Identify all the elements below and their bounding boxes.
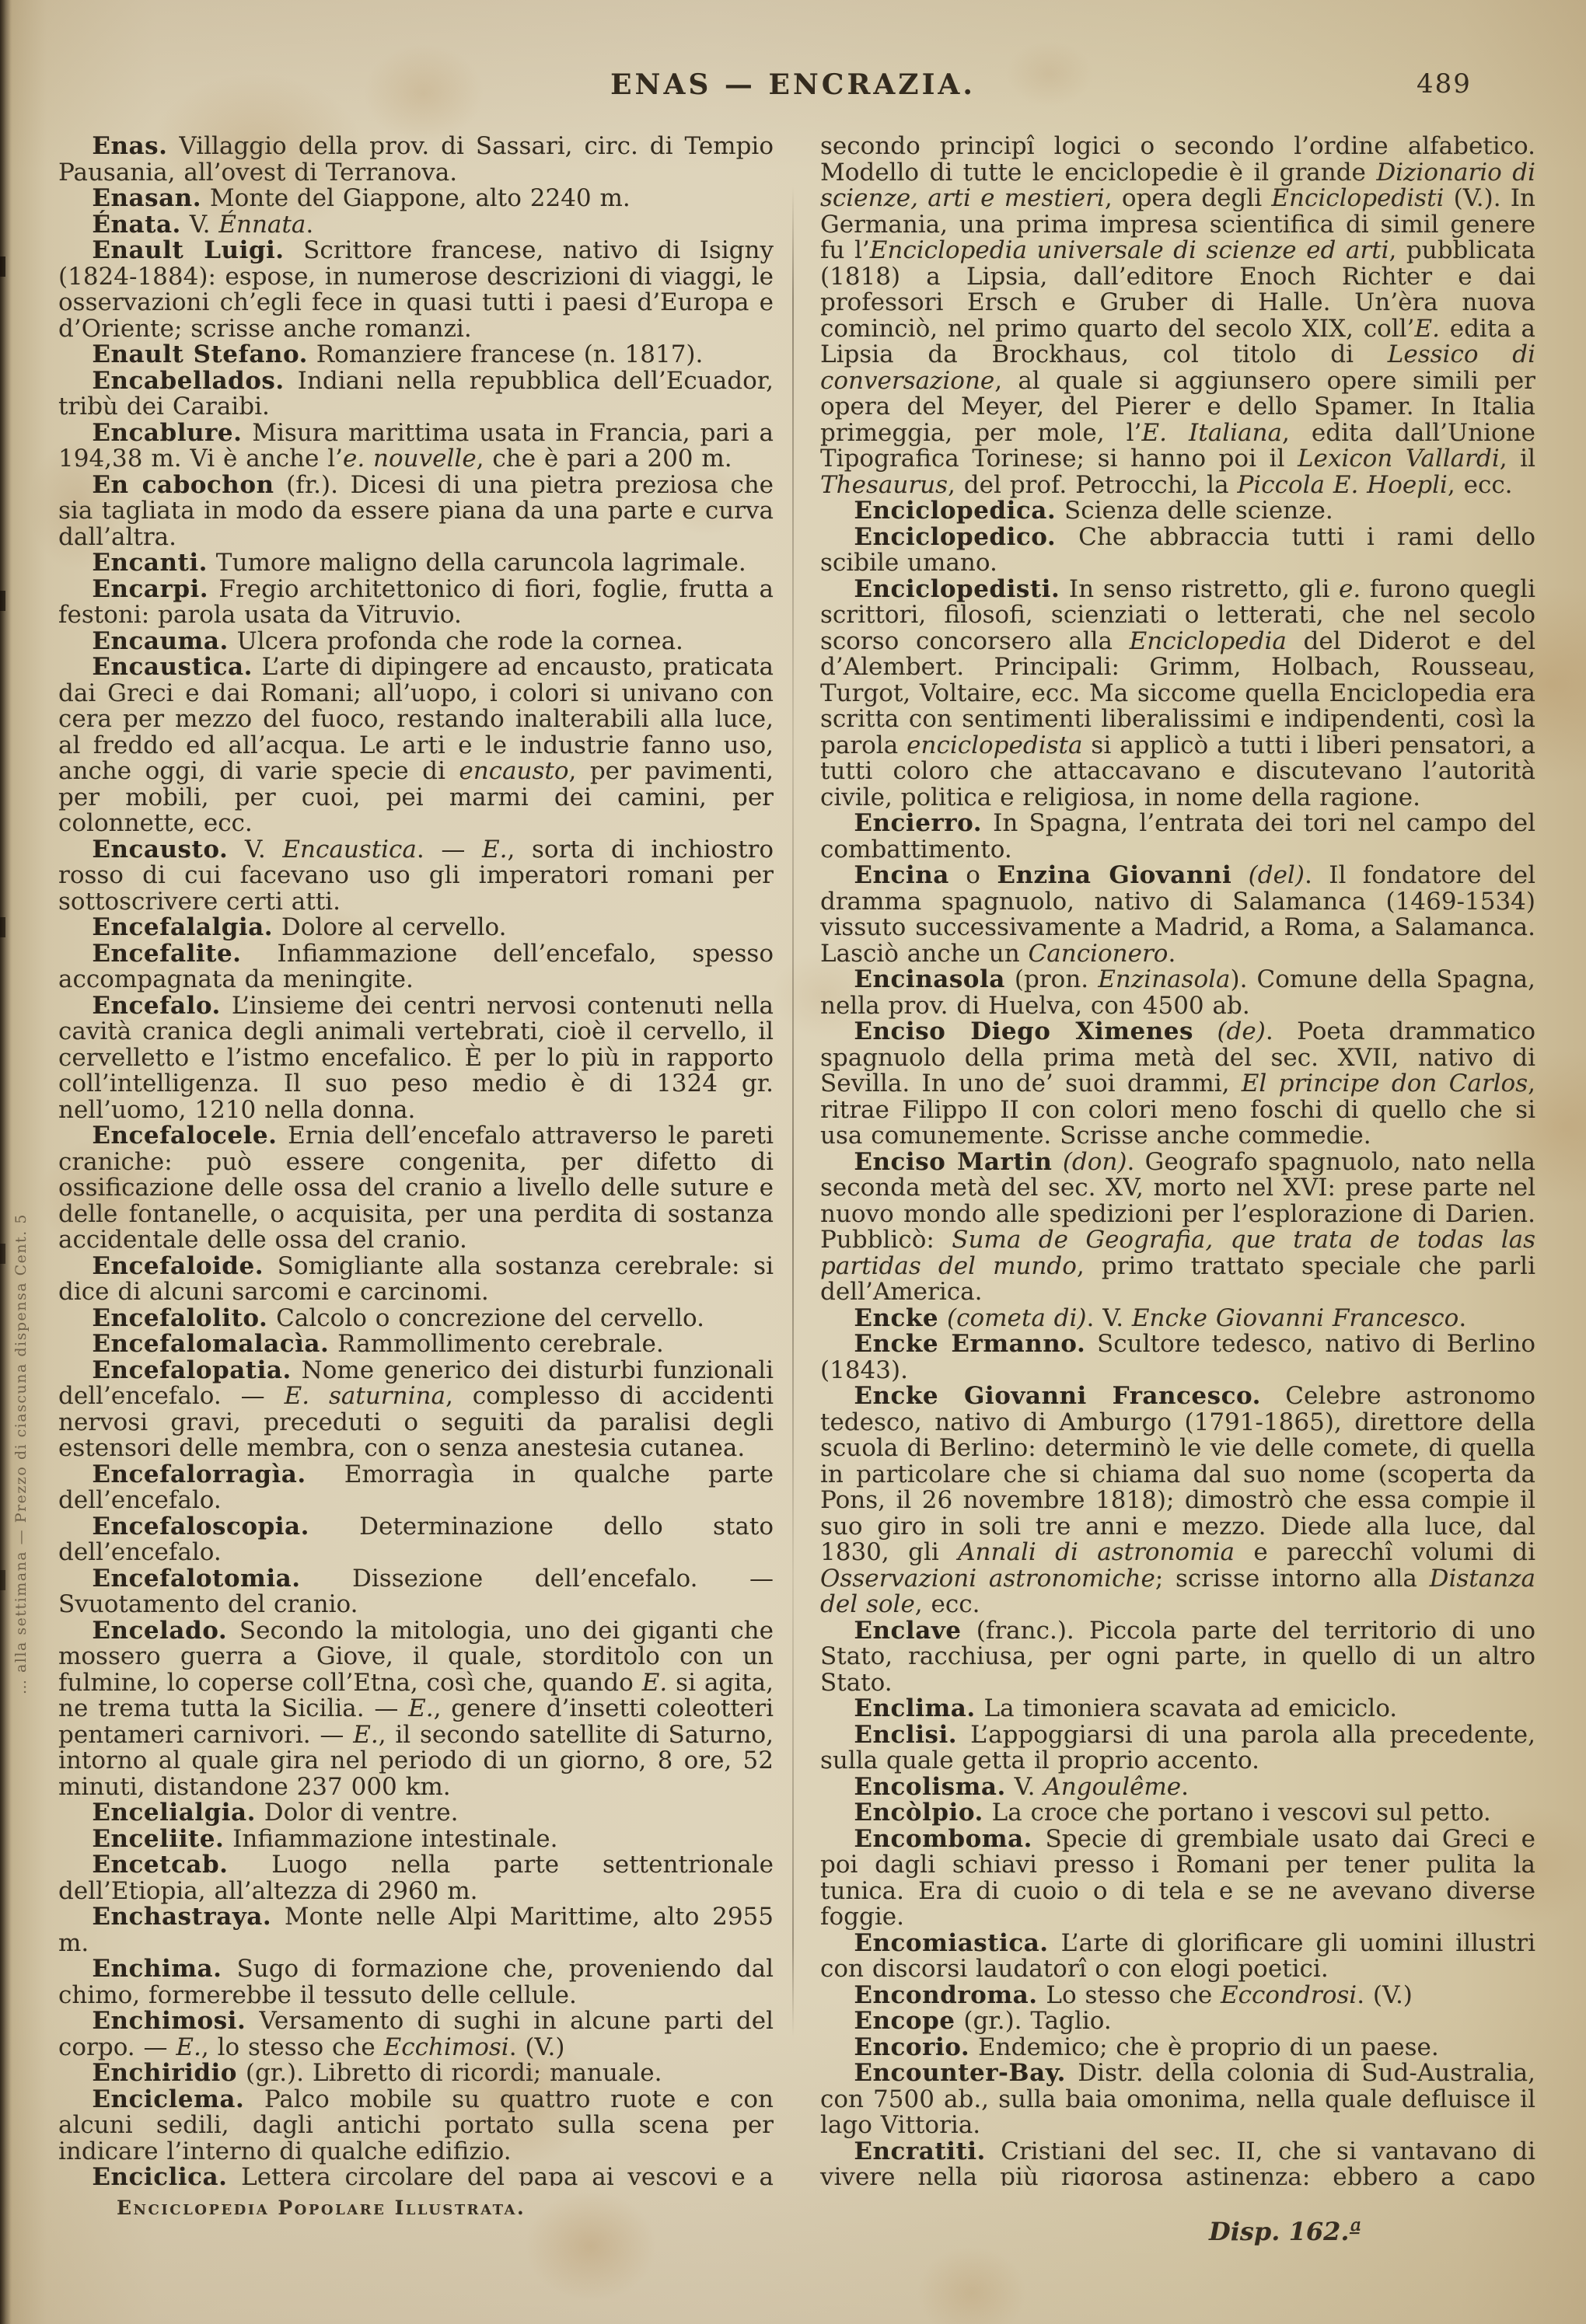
footer-imprint: Enciclopedia Popolare Illustrata. bbox=[117, 2197, 526, 2219]
dictionary-entry: Enault Stefano. Romanziere francese (n. … bbox=[58, 342, 774, 368]
binding-shadow bbox=[0, 0, 11, 2324]
entry-italic: E. bbox=[408, 1694, 433, 1722]
dictionary-entry: Enault Luigi. Scrittore francese, nativo… bbox=[58, 238, 774, 342]
entry-italic: Angoulême bbox=[1043, 1773, 1181, 1801]
dictionary-entry: Enchastraya. Monte nelle Alpi Marittime,… bbox=[58, 1904, 774, 1956]
entry-italic: Enzinasola bbox=[1098, 965, 1230, 993]
dictionary-entry: Encolisma. V. Angoulême. bbox=[820, 1774, 1535, 1801]
entry-headword: Encinasola bbox=[854, 965, 1004, 993]
entry-italic: (cometa di) bbox=[947, 1304, 1087, 1332]
dictionary-entry: Enas. Villaggio della prov. di Sassari, … bbox=[58, 134, 774, 186]
entry-italic: Enciclopedia bbox=[1130, 627, 1287, 655]
dictionary-entry: Encefalolito. Calcolo o concrezione del … bbox=[58, 1306, 774, 1332]
entry-headword: Encarpi. bbox=[92, 575, 208, 603]
entry-headword: Enciclema. bbox=[92, 2085, 244, 2113]
entry-headword: Enciclopedico. bbox=[854, 523, 1056, 551]
dictionary-entry: Encelialgia. Dolor di ventre. bbox=[58, 1800, 774, 1827]
dictionary-entry: Énata. V. Énnata. bbox=[58, 212, 774, 239]
running-head: ENAS — ENCRAZIA. bbox=[0, 68, 1586, 101]
entry-headword: Enchiridio bbox=[92, 2059, 237, 2087]
column-left: Enas. Villaggio della prov. di Sassari, … bbox=[58, 134, 774, 2186]
column-right: secondo principî logici o secondo l’ordi… bbox=[820, 134, 1535, 2186]
entry-headword: Enciclopedica. bbox=[854, 497, 1056, 525]
entry-italic: (del) bbox=[1249, 861, 1305, 889]
entry-headword: Encefalopatia. bbox=[92, 1356, 291, 1384]
dictionary-entry: Encke (cometa di). V. Encke Giovanni Fra… bbox=[820, 1306, 1535, 1332]
dictionary-entry: Encondroma. Lo stesso che Eccondrosi. (V… bbox=[820, 1983, 1535, 2009]
entry-headword: Encolisma. bbox=[854, 1773, 1005, 1801]
dictionary-entry: Encetcab. Luogo nella parte settentriona… bbox=[58, 1852, 774, 1904]
page-number: 489 bbox=[1417, 68, 1472, 99]
entry-italic: Énnata bbox=[218, 211, 306, 239]
entry-headword: Encefalocele. bbox=[92, 1122, 277, 1150]
entry-headword: Encefalalgia. bbox=[92, 913, 273, 941]
dictionary-entry: Encefaloide. Somigliante alla sostanza c… bbox=[58, 1254, 774, 1306]
dictionary-entry: Enchimosi. Versamento di sughi in alcune… bbox=[58, 2008, 774, 2061]
dictionary-entry: Enciclopedica. Scienza delle scienze. bbox=[820, 498, 1535, 525]
entry-headword: Encablure. bbox=[92, 419, 242, 447]
entry-headword: Encomiastica. bbox=[854, 1929, 1048, 1957]
entry-italic: encausto bbox=[459, 757, 568, 785]
dictionary-entry: Encausto. V. Encaustica. — E., sorta di … bbox=[58, 837, 774, 916]
dictionary-entry: Enciso Martin (don). Geografo spagnuolo,… bbox=[820, 1150, 1535, 1306]
entry-headword: Encke Giovanni Francesco. bbox=[854, 1382, 1261, 1410]
entry-headword: Encorio. bbox=[854, 2033, 969, 2061]
dictionary-entry: Encefalite. Infiammazione dell’encefalo,… bbox=[58, 941, 774, 993]
entry-headword: Enceliite. bbox=[92, 1825, 224, 1853]
entry-italic: Eccondrosi bbox=[1221, 1981, 1357, 2009]
dictionary-entry: Enchiridio (gr.). Libretto di ricordi; m… bbox=[58, 2061, 774, 2087]
entry-headword: Enchimosi. bbox=[92, 2007, 246, 2035]
entry-headword: Enzina Giovanni bbox=[997, 861, 1231, 889]
entry-headword: Enchastraya. bbox=[92, 1903, 271, 1931]
entry-italic: Ecchimosi bbox=[384, 2033, 509, 2061]
footer-dispatch-number: Disp. 162.ª bbox=[1209, 2217, 1361, 2246]
dictionary-entry: Enciso Diego Ximenes (de). Poeta drammat… bbox=[820, 1019, 1535, 1150]
entry-italic: (don) bbox=[1063, 1148, 1127, 1176]
entry-headword: Encanti. bbox=[92, 549, 208, 577]
dictionary-entry: Encabellados. Indiani nella repubblica d… bbox=[58, 368, 774, 420]
entry-headword: Encondroma. bbox=[854, 1981, 1037, 2009]
dictionary-entry: Encòlpio. La croce che portano i vescovi… bbox=[820, 1800, 1535, 1827]
dictionary-entry: Encelado. Secondo la mitologia, uno dei … bbox=[58, 1618, 774, 1801]
entry-headword: Encounter-Bay. bbox=[854, 2059, 1066, 2087]
dictionary-entry: Encefaloscopia. Determinazione dello sta… bbox=[58, 1514, 774, 1566]
dictionary-entry: Encorio. Endemico; che è proprio di un p… bbox=[820, 2035, 1535, 2061]
dictionary-entry: Encounter-Bay. Distr. della colonia di S… bbox=[820, 2061, 1535, 2139]
entry-headword: Enclave bbox=[854, 1617, 961, 1645]
entry-headword: Encefaloide. bbox=[92, 1252, 264, 1280]
entry-headword: Enas. bbox=[92, 134, 167, 160]
entry-headword: Encratiti. bbox=[854, 2137, 985, 2165]
dictionary-entry: Enasan. Monte del Giappone, alto 2240 m. bbox=[58, 186, 774, 212]
entry-headword: Encelado. bbox=[92, 1617, 227, 1645]
dictionary-entry: Enciclema. Palco mobile su quattro ruote… bbox=[58, 2087, 774, 2165]
entry-italic: Enciclopedia universale di scienze ed ar… bbox=[870, 236, 1389, 264]
dictionary-entry: Encke Ermanno. Scultore tedesco, nativo … bbox=[820, 1331, 1535, 1384]
entry-headword: Encefalorragìa. bbox=[92, 1460, 306, 1488]
entry-italic: Suma de Geografia, que trata de todas la… bbox=[820, 1226, 1535, 1280]
entry-italic: E. bbox=[642, 1669, 667, 1697]
entry-headword: Enclima. bbox=[854, 1694, 975, 1722]
dictionary-entry: Encanti. Tumore maligno della caruncola … bbox=[58, 550, 774, 577]
entry-headword: Encke Ermanno. bbox=[854, 1330, 1085, 1358]
entry-headword: Encefalo. bbox=[92, 992, 220, 1020]
entry-italic: E. bbox=[176, 2033, 201, 2061]
entry-headword: Enault Luigi. bbox=[92, 236, 284, 264]
dictionary-entry: Encaustica. L’arte di dipingere ad encau… bbox=[58, 654, 774, 837]
entry-headword: Énata. bbox=[92, 211, 180, 239]
entry-italic: E. bbox=[482, 836, 507, 864]
dictionary-entry: Encke Giovanni Francesco. Celebre astron… bbox=[820, 1384, 1535, 1618]
entry-headword: Encefalomalacìa. bbox=[92, 1330, 329, 1358]
entry-headword: Encefalolito. bbox=[92, 1304, 267, 1332]
dictionary-entry: Encomiastica. L’arte di glorificare gli … bbox=[820, 1931, 1535, 1983]
entry-italic: Cancionero bbox=[1029, 940, 1169, 968]
scanned-encyclopedia-page: { "page": { "header": { "title": "ENAS —… bbox=[0, 0, 1586, 2324]
entry-italic: E. Italiana bbox=[1141, 419, 1282, 447]
entry-headword: Enault Stefano. bbox=[92, 340, 308, 368]
entry-headword: Encierro. bbox=[854, 809, 982, 837]
dictionary-entry: Encierro. In Spagna, l’entrata dei tori … bbox=[820, 811, 1535, 863]
entry-italic: Lexicon Vallardi bbox=[1298, 445, 1500, 473]
dictionary-entry: Encefalo. L’insieme dei centri nervosi c… bbox=[58, 993, 774, 1124]
entry-italic: Piccola E. Hoepli bbox=[1237, 471, 1447, 499]
entry-headword: Enchima. bbox=[92, 1955, 222, 1983]
dictionary-entry: Enchima. Sugo di formazione che, proveni… bbox=[58, 1956, 774, 2008]
entry-headword: Encefaloscopia. bbox=[92, 1513, 309, 1541]
dictionary-entry: Encefalalgia. Dolore al cervello. bbox=[58, 915, 774, 941]
text-columns: Enas. Villaggio della prov. di Sassari, … bbox=[58, 134, 1535, 2186]
entry-headword: Enciclica. bbox=[92, 2163, 227, 2186]
dictionary-entry: Enclisi. L’appoggiarsi di una parola all… bbox=[820, 1722, 1535, 1774]
entry-italic: enciclopedista bbox=[907, 731, 1082, 759]
dictionary-entry: Encomboma. Specie di grembiale usato dai… bbox=[820, 1827, 1535, 1931]
entry-headword: Enciso Martin bbox=[854, 1148, 1052, 1176]
entry-headword: Enasan. bbox=[92, 184, 201, 212]
entry-headword: Enciso Diego Ximenes bbox=[854, 1017, 1193, 1045]
entry-headword: Encauma. bbox=[92, 627, 228, 655]
dictionary-entry: Enciclica. Lettera circolare del papa ai… bbox=[58, 2165, 774, 2186]
entry-italic: E. saturnina bbox=[285, 1382, 445, 1410]
dictionary-entry: Enciclopedico. Che abbraccia tutti i ram… bbox=[820, 525, 1535, 577]
dictionary-entry: Encope (gr.). Taglio. bbox=[820, 2008, 1535, 2035]
entry-italic: e. nouvelle bbox=[343, 445, 477, 473]
entry-headword: Encelialgia. bbox=[92, 1799, 256, 1827]
entry-italic: (de) bbox=[1217, 1017, 1265, 1045]
dictionary-entry: Encefalotomia. Dissezione dell’encefalo.… bbox=[58, 1566, 774, 1618]
entry-headword: Encabellados. bbox=[92, 367, 284, 395]
dictionary-entry: Encauma. Ulcera profonda che rode la cor… bbox=[58, 629, 774, 655]
entry-headword: Encina bbox=[854, 861, 948, 889]
dictionary-entry: Encina o Enzina Giovanni (del). Il fonda… bbox=[820, 863, 1535, 967]
entry-headword: Encefalotomia. bbox=[92, 1565, 300, 1593]
entry-headword: Encope bbox=[854, 2007, 955, 2035]
entry-italic: Osservazioni astronomiche bbox=[820, 1565, 1155, 1593]
dictionary-entry: Encefalomalacìa. Rammollimento cerebrale… bbox=[58, 1331, 774, 1358]
dictionary-entry: Enceliite. Infiammazione intestinale. bbox=[58, 1827, 774, 1853]
dictionary-entry: Encefalorragìa. Emorragìa in qualche par… bbox=[58, 1462, 774, 1514]
dictionary-entry: Encefalocele. Ernia dell’encefalo attrav… bbox=[58, 1123, 774, 1254]
entry-italic: Thesaurus bbox=[820, 471, 948, 499]
entry-italic: Lessico di conversazione bbox=[820, 340, 1535, 395]
entry-headword: Encomboma. bbox=[854, 1825, 1032, 1853]
dictionary-entry: Encinasola (pron. Enzinasola). Comune de… bbox=[820, 967, 1535, 1019]
entry-italic: Encke Giovanni Francesco bbox=[1132, 1304, 1458, 1332]
entry-headword: Encetcab. bbox=[92, 1851, 228, 1879]
entry-headword: En cabochon bbox=[92, 471, 274, 499]
margin-note: … alla settimana — Prezzo di ciascuna di… bbox=[12, 373, 30, 1694]
entry-italic: e. bbox=[1339, 575, 1361, 603]
dictionary-entry: Enciclopedisti. In senso ristretto, gli … bbox=[820, 577, 1535, 811]
entry-headword: Encke bbox=[854, 1304, 938, 1332]
dictionary-entry: Enclima. La timoniera scavata ad emicicl… bbox=[820, 1696, 1535, 1722]
entry-headword: Encaustica. bbox=[92, 653, 252, 681]
entry-italic: E. bbox=[1414, 315, 1439, 343]
entry-headword: Encòlpio. bbox=[854, 1799, 983, 1827]
entry-italic: E. bbox=[353, 1721, 378, 1749]
dictionary-entry: En cabochon (fr.). Dicesi di una pietra … bbox=[58, 473, 774, 551]
entry-continuation: secondo principî logici o secondo l’ordi… bbox=[820, 134, 1535, 498]
entry-headword: Enclisi. bbox=[854, 1721, 957, 1749]
dictionary-entry: Enclave (franc.). Piccola parte del terr… bbox=[820, 1618, 1535, 1697]
entry-italic: Annali di astronomia bbox=[958, 1538, 1235, 1566]
dictionary-entry: Encablure. Misura marittima usata in Fra… bbox=[58, 420, 774, 473]
entry-italic: Enciclopedisti bbox=[1271, 184, 1444, 212]
dictionary-entry: Encratiti. Cristiani del sec. II, che si… bbox=[820, 2139, 1535, 2186]
dictionary-entry: Encarpi. Fregio architettonico di fiori,… bbox=[58, 577, 774, 629]
binding-ticks bbox=[0, 256, 5, 277]
dictionary-entry: Encefalopatia. Nome generico dei disturb… bbox=[58, 1358, 774, 1462]
entry-italic: Encaustica bbox=[282, 836, 417, 864]
entry-headword: Encausto. bbox=[92, 836, 228, 864]
entry-italic: El principe don Carlos bbox=[1242, 1070, 1528, 1097]
entry-headword: Enciclopedisti. bbox=[854, 575, 1060, 603]
entry-headword: Encefalite. bbox=[92, 940, 241, 968]
